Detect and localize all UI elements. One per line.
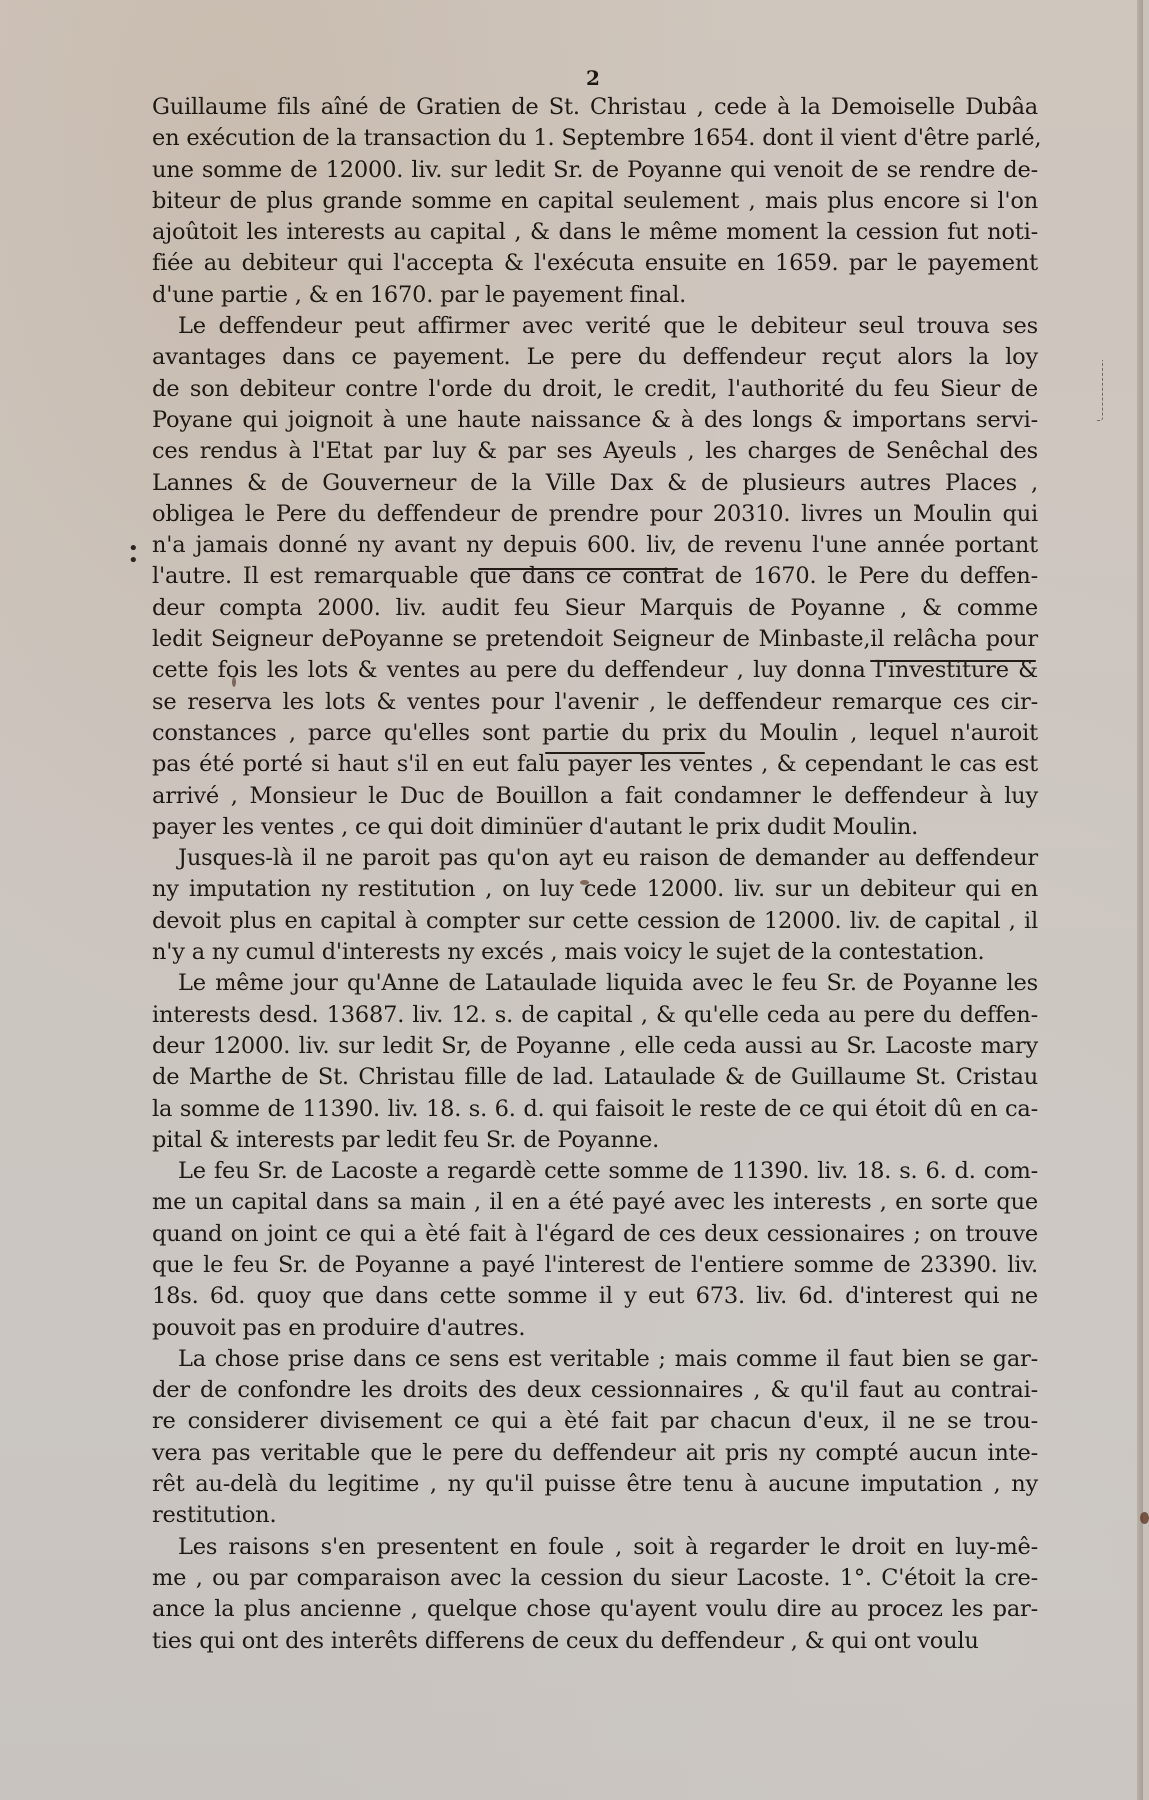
text-line: obligea le Pere du deffendeur de prendre… [152, 499, 1038, 530]
text-line: une somme de 12000. liv. sur ledit Sr. d… [152, 155, 1038, 186]
text-line: ledit Seigneur dePoyanne se pretendoit S… [152, 624, 1038, 655]
text-line: pouvoit pas en produire d'autres. [152, 1313, 1038, 1344]
text-line: avantages dans ce payement. Le pere du d… [152, 342, 1038, 373]
text-line: Le même jour qu'Anne de Lataulade liquid… [152, 968, 1038, 999]
paragraph: Le même jour qu'Anne de Lataulade liquid… [152, 968, 1038, 1156]
text-line: l'autre. Il est remarquable que dans ce … [152, 561, 1038, 592]
text-line: devoit plus en capital à compter sur cet… [152, 906, 1038, 937]
text-line: que le feu Sr. de Poyanne a payé l'inter… [152, 1250, 1038, 1281]
document-body: Guillaume fils aîné de Gratien de St. Ch… [152, 92, 1038, 1657]
text-line: Le feu Sr. de Lacoste a regardè cette so… [152, 1156, 1038, 1187]
margin-dots-mark: •• [128, 543, 139, 567]
text-line: pital & interests par ledit feu Sr. de P… [152, 1125, 1038, 1156]
text-line: 18s. 6d. quoy que dans cette somme il y … [152, 1281, 1038, 1312]
text-line: Jusques-là il ne paroit pas qu'on ayt eu… [152, 843, 1038, 874]
text-line: Poyane qui joignoit à une haute naissanc… [152, 405, 1038, 436]
text-line: ny imputation ny restitution , on luy ce… [152, 874, 1038, 905]
text-line: la somme de 11390. liv. 18. s. 6. d. qui… [152, 1094, 1038, 1125]
text-line: ces rendus à l'Etat par luy & par ses Ay… [152, 436, 1038, 467]
text-line: n'y a ny cumul d'interests ny excés , ma… [152, 937, 1038, 968]
text-line: restitution. [152, 1500, 1038, 1531]
text-line: me , ou par comparaison avec la cession … [152, 1563, 1038, 1594]
scanned-page: 2 Guillaume fils aîné de Gratien de St. … [0, 0, 1143, 1800]
paragraph: Jusques-là il ne paroit pas qu'on ayt eu… [152, 843, 1038, 968]
ink-stain [232, 677, 236, 687]
text-line: Les raisons s'en presentent en foule , s… [152, 1532, 1038, 1563]
handwritten-underline [870, 660, 1036, 662]
text-line: Lannes & de Gouverneur de la Ville Dax &… [152, 468, 1038, 499]
text-line: rêt au-delà du legitime , ny qu'il puiss… [152, 1469, 1038, 1500]
ink-stain [580, 880, 589, 885]
text-line: re considerer divisement ce qui a èté fa… [152, 1406, 1038, 1437]
paragraph: Le deffendeur peut affirmer avec verité … [152, 311, 1038, 843]
text-line: der de confondre les droits des deux ces… [152, 1375, 1038, 1406]
text-line: constances , parce qu'elles sont partie … [152, 718, 1038, 749]
paragraph: La chose prise dans ce sens est veritabl… [152, 1344, 1038, 1532]
text-line: de Marthe de St. Christau fille de lad. … [152, 1062, 1038, 1093]
text-line: ance la plus ancienne , quelque chose qu… [152, 1594, 1038, 1625]
handwritten-underline [478, 568, 678, 570]
page-edge [1137, 0, 1143, 1800]
text-line: Le deffendeur peut affirmer avec verité … [152, 311, 1038, 342]
page-number: 2 [586, 66, 600, 90]
text-line: ajoûtoit les interests au capital , & da… [152, 217, 1038, 248]
text-line: deur 12000. liv. sur ledit Sr, de Poyann… [152, 1031, 1038, 1062]
paragraph: Le feu Sr. de Lacoste a regardè cette so… [152, 1156, 1038, 1344]
text-line: Guillaume fils aîné de Gratien de St. Ch… [152, 92, 1038, 123]
handwritten-underline [545, 752, 705, 754]
text-line: deur compta 2000. liv. audit feu Sieur M… [152, 593, 1038, 624]
text-line: en exécution de la transaction du 1. Sep… [152, 123, 1038, 154]
text-line: vera pas veritable que le pere du deffen… [152, 1438, 1038, 1469]
text-line: n'a jamais donné ny avant ny depuis 600.… [152, 530, 1038, 561]
text-line: biteur de plus grande somme en capital s… [152, 186, 1038, 217]
text-line: se reserva les lots & ventes pour l'aven… [152, 687, 1038, 718]
paragraph: Les raisons s'en presentent en foule , s… [152, 1532, 1038, 1657]
paragraph: Guillaume fils aîné de Gratien de St. Ch… [152, 92, 1038, 311]
text-line: fiée au debiteur qui l'accepta & l'exécu… [152, 248, 1038, 279]
ink-stain [1140, 1512, 1149, 1524]
pencil-bracket-mark [1096, 360, 1103, 421]
text-line: me un capital dans sa main , il en a été… [152, 1187, 1038, 1218]
text-line: arrivé , Monsieur le Duc de Bouillon a f… [152, 781, 1038, 812]
text-line: payer les ventes , ce qui doit diminüer … [152, 812, 1038, 843]
text-line: de son debiteur contre l'orde du droit, … [152, 374, 1038, 405]
text-line: ties qui ont des interêts differens de c… [152, 1626, 1038, 1657]
text-line: La chose prise dans ce sens est veritabl… [152, 1344, 1038, 1375]
text-line: interests desd. 13687. liv. 12. s. de ca… [152, 1000, 1038, 1031]
text-line: quand on joint ce qui a èté fait à l'éga… [152, 1219, 1038, 1250]
text-line: d'une partie , & en 1670. par le payemen… [152, 280, 1038, 311]
